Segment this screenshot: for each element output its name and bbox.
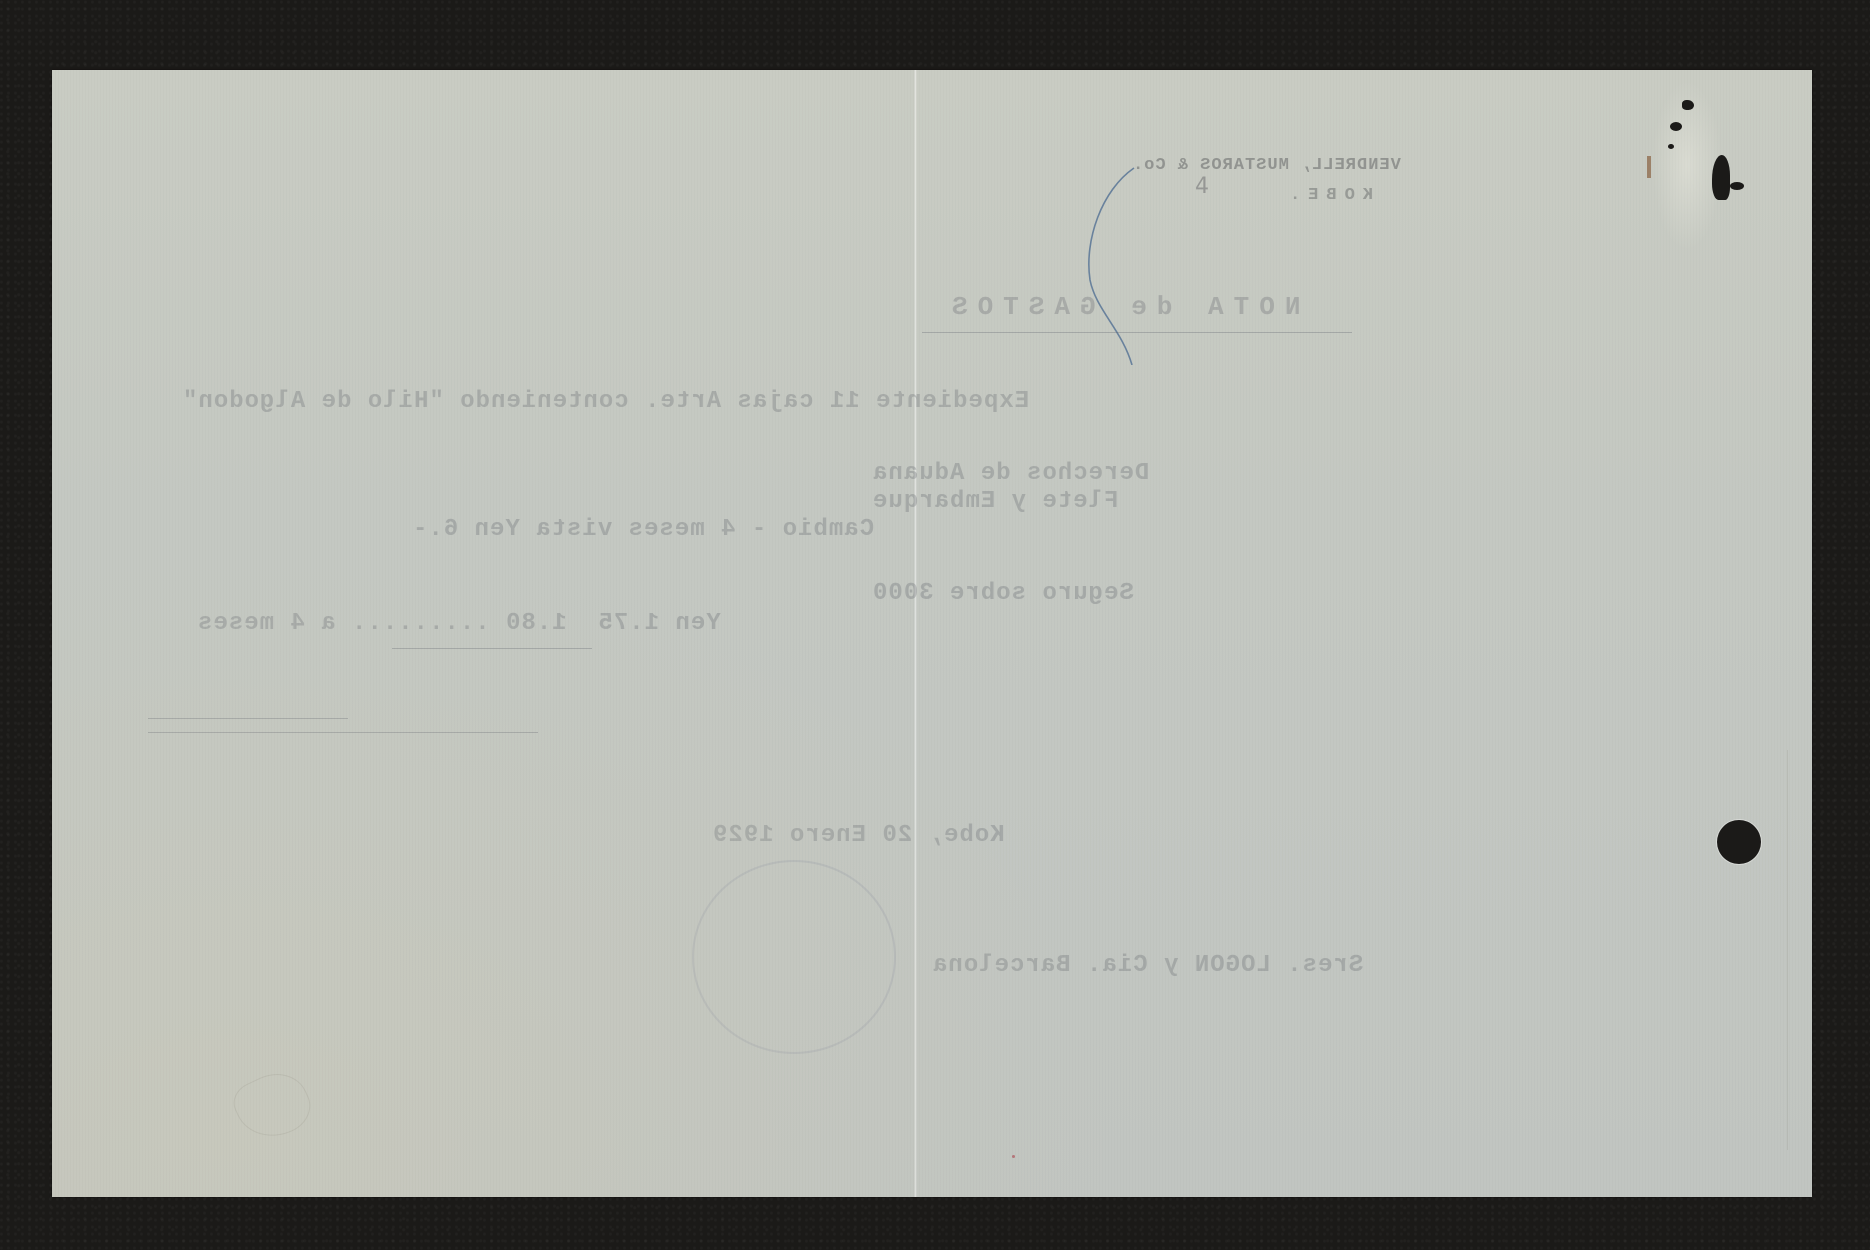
tear-mark — [1730, 182, 1744, 190]
text-line-3-bleed: Flete y Embarque — [872, 488, 1118, 515]
title-underline — [922, 332, 1352, 333]
addressee-bleed: Sres. LOGON y Cia. Barcelona — [932, 952, 1363, 979]
total-rule-2 — [148, 732, 538, 733]
text-line-4-bleed: Cambio - 4 meses vista Yen 6.- — [412, 516, 874, 543]
tear-mark — [1682, 100, 1694, 110]
right-edge-marks — [1787, 750, 1808, 1150]
date-bleed: Kobe, 20 Enero 1929 — [712, 822, 1005, 849]
tear-mark — [1668, 144, 1674, 149]
text-line-6-bleed: Yen 1.75 1.80 ......... a 4 meses — [197, 610, 721, 637]
stamp-impression — [692, 860, 896, 1054]
amount-underline — [392, 648, 592, 649]
tear-mark — [1670, 122, 1682, 131]
title-bleed: NOTA de GASTOS — [942, 292, 1300, 322]
blue-pencil-mark-icon — [1082, 160, 1202, 365]
text-line-5-bleed: Seguro sobre 3000 — [872, 580, 1134, 607]
total-rule-1 — [148, 718, 348, 719]
letterhead-city-bleed: KOBE. — [1282, 186, 1373, 205]
text-line-1-bleed: Expediente 11 cajas Arte. conteniendo "H… — [182, 388, 1029, 415]
rust-stain — [1647, 156, 1651, 178]
pencil-scribble — [227, 1063, 318, 1150]
tear-mark — [1712, 155, 1730, 200]
document-page: VENDRELL, MUSTAROS & Co. KOBE. 4 NOTA de… — [52, 70, 1812, 1197]
red-ink-dot — [1012, 1155, 1015, 1158]
punch-hole — [1717, 820, 1761, 864]
center-fold-line — [914, 70, 917, 1197]
text-line-2-bleed: Derechos de Aduana — [872, 460, 1149, 487]
